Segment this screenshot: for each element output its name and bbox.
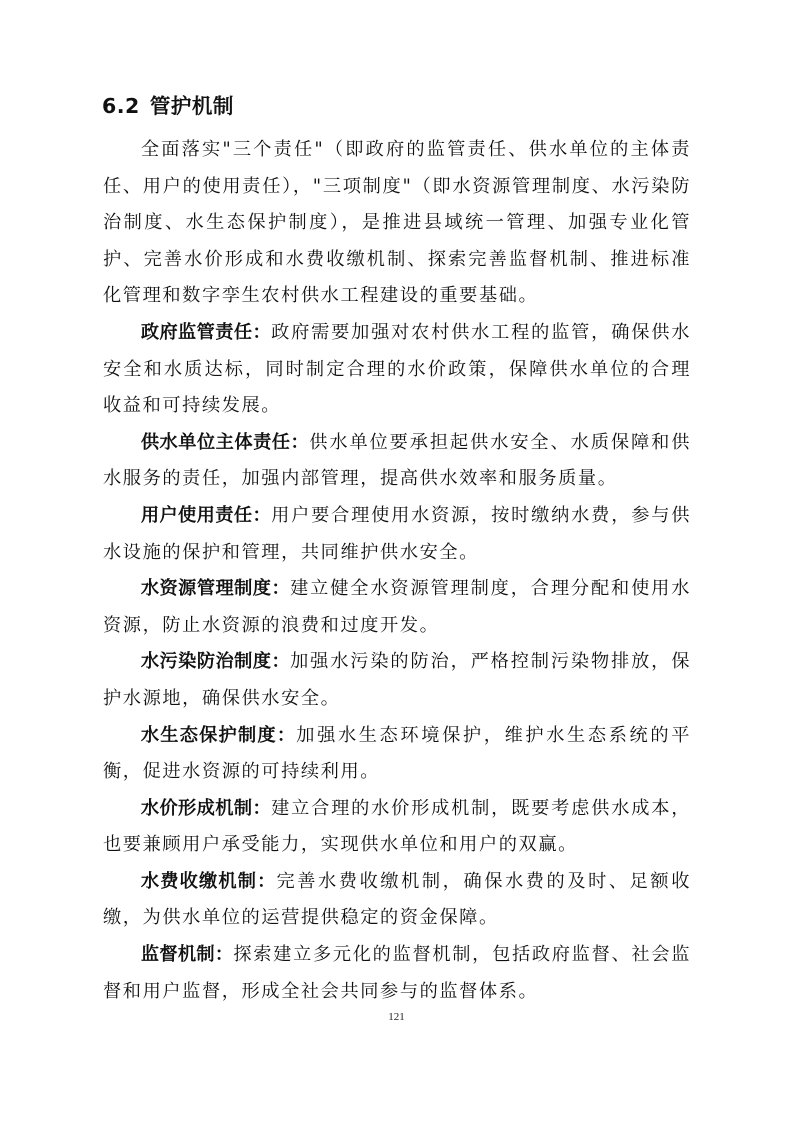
section-title: 管护机制 — [150, 94, 234, 118]
item-term: 水价形成机制： — [141, 798, 271, 819]
item-paragraph: 水生态保护制度：加强水生态环境保护，维护水生态系统的平衡，促进水资源的可持续利用… — [103, 718, 691, 791]
item-term: 水生态保护制度： — [141, 725, 296, 746]
item-term: 水资源管理制度： — [141, 578, 290, 599]
item-paragraph: 监督机制：探索建立多元化的监督机制，包括政府监督、社会监督和用户监督，形成全社会… — [103, 937, 691, 1010]
document-page: 6.2管护机制 全面落实"三个责任"（即政府的监管责任、供水单位的主体责任、用户… — [103, 92, 691, 1010]
item-term: 水污染防治制度： — [141, 651, 290, 672]
item-paragraph: 政府监管责任：政府需要加强对农村供水工程的监管，确保供水安全和水质达标，同时制定… — [103, 315, 691, 425]
item-paragraph: 供水单位主体责任：供水单位要承担起供水安全、水质保障和供水服务的责任，加强内部管… — [103, 425, 691, 498]
item-term: 用户使用责任： — [141, 505, 271, 526]
intro-paragraph: 全面落实"三个责任"（即政府的监管责任、供水单位的主体责任、用户的使用责任），"… — [103, 132, 691, 315]
item-paragraph: 水资源管理制度：建立健全水资源管理制度，合理分配和使用水资源，防止水资源的浪费和… — [103, 571, 691, 644]
item-term: 供水单位主体责任： — [141, 432, 309, 453]
item-paragraph: 水污染防治制度：加强水污染的防治，严格控制污染物排放，保护水源地，确保供水安全。 — [103, 644, 691, 717]
section-number: 6.2 — [102, 94, 140, 118]
page-number: 121 — [0, 1011, 793, 1023]
section-heading: 6.2管护机制 — [102, 92, 691, 120]
item-term: 政府监管责任： — [141, 322, 271, 343]
item-term: 监督机制： — [141, 944, 234, 965]
item-paragraph: 水价形成机制：建立合理的水价形成机制，既要考虑供水成本，也要兼顾用户承受能力，实… — [103, 791, 691, 864]
item-paragraph: 水费收缴机制：完善水费收缴机制，确保水费的及时、足额收缴，为供水单位的运营提供稳… — [103, 864, 691, 937]
item-term: 水费收缴机制： — [141, 871, 277, 892]
item-paragraph: 用户使用责任：用户要合理使用水资源，按时缴纳水费，参与供水设施的保护和管理，共同… — [103, 498, 691, 571]
